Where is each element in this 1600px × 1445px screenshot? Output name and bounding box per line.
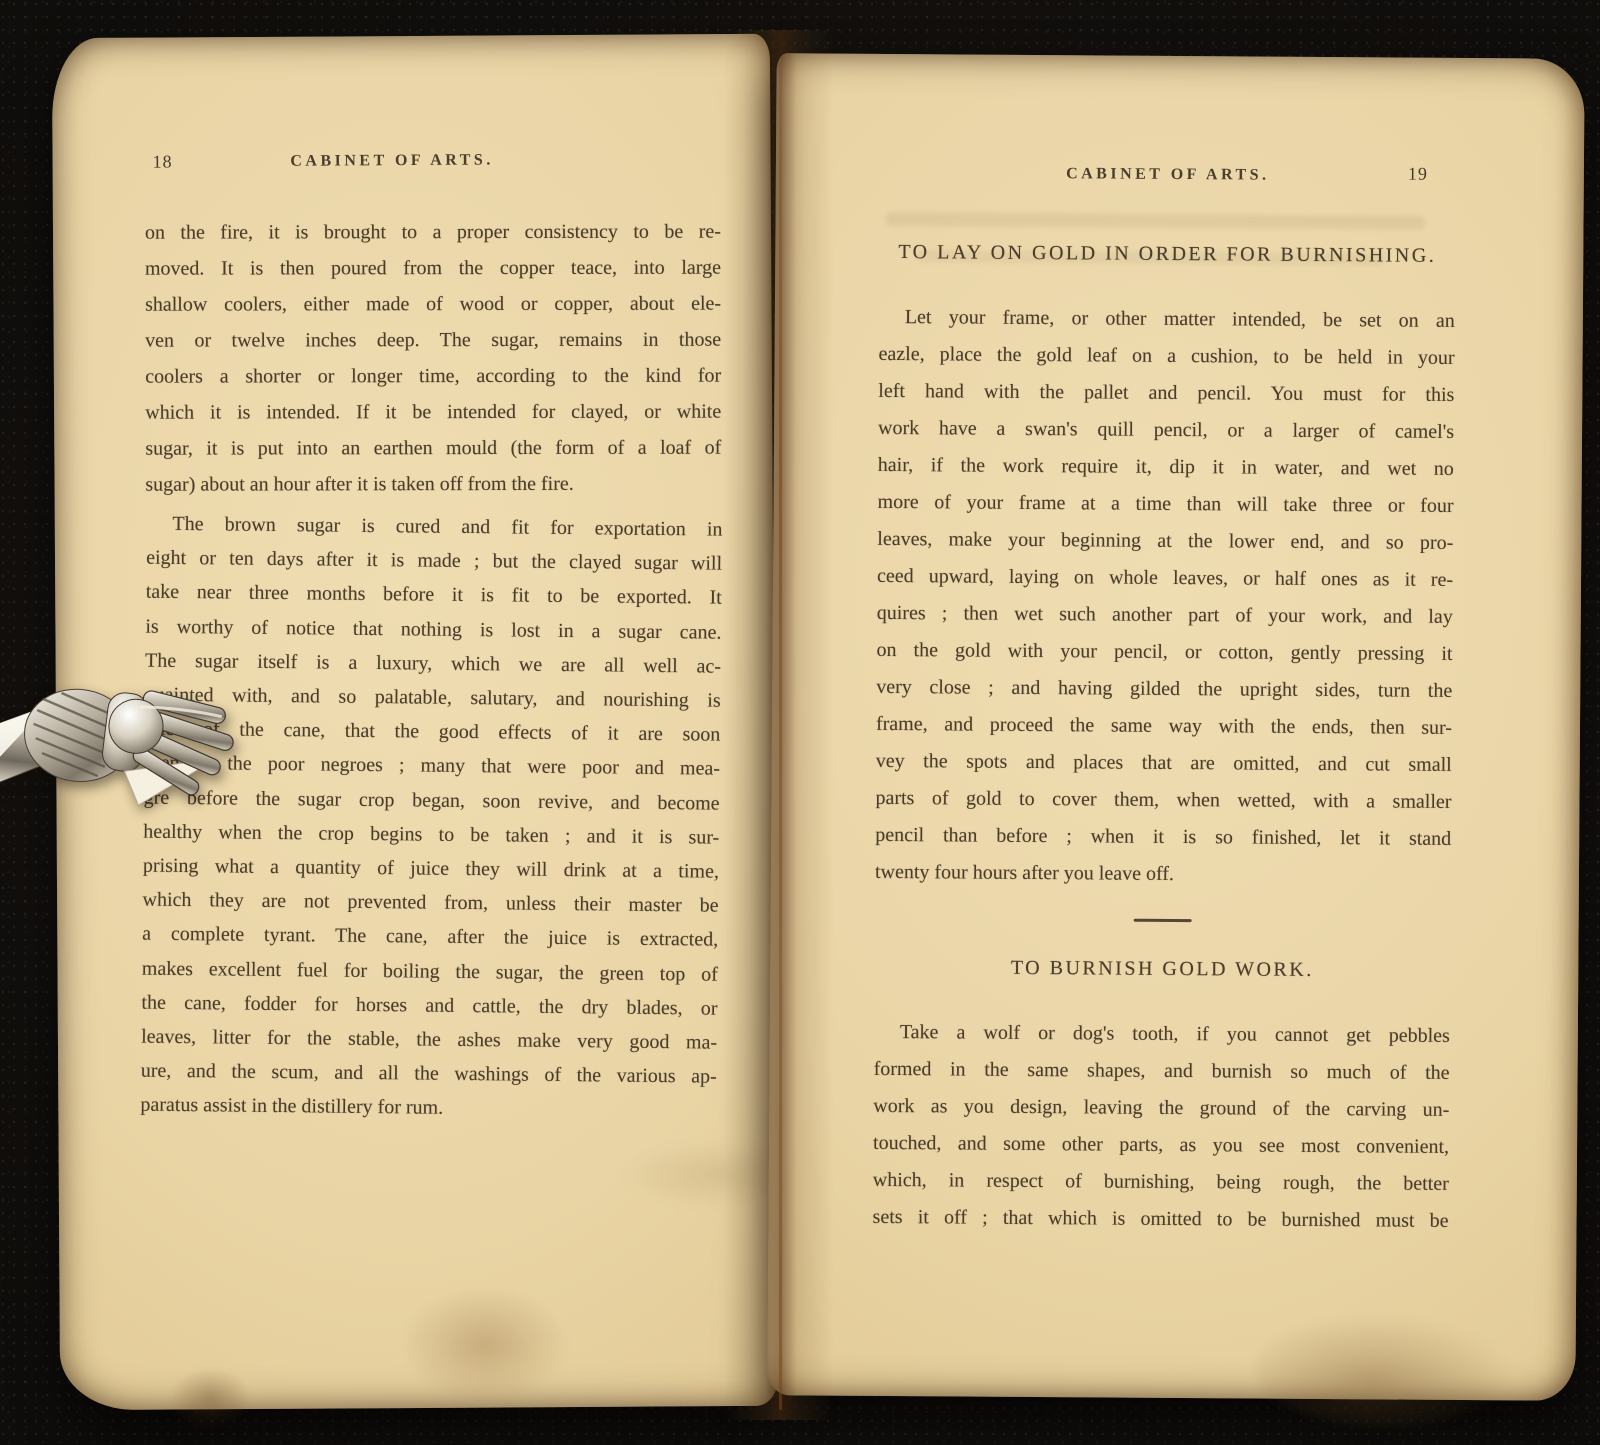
text-line: which it is intended. If it be intended … <box>145 394 721 431</box>
text-line: seen in the poor negroes ; many that wer… <box>144 746 720 786</box>
text-line: twenty four hours after you leave off. <box>875 854 1451 895</box>
paragraph: The brown sugar is cured and fit for exp… <box>140 507 722 1129</box>
left-page-header: 18 CABINET OF ARTS. <box>145 150 720 180</box>
text-line: work as you design, leaving the ground o… <box>873 1088 1449 1129</box>
paragraph: Take a wolf or dog's tooth, if you canno… <box>872 1014 1450 1240</box>
text-line: which, in respect of burnishing, being r… <box>873 1162 1449 1203</box>
section-heading: TO LAY ON GOLD IN ORDER FOR BURNISHING. <box>879 239 1455 269</box>
text-line: on the fire, it is brought to a proper c… <box>145 214 721 251</box>
right-page-header: CABINET OF ARTS. 19 <box>880 164 1456 194</box>
show-through-text <box>885 212 1425 230</box>
text-line: frame, and proceed the same way with the… <box>876 706 1452 747</box>
text-line: parts of gold to cover them, when wetted… <box>875 780 1451 821</box>
text-line: is worthy of notice that nothing is lost… <box>145 609 721 649</box>
text-line: quires ; then wet such another part of y… <box>877 595 1453 636</box>
text-line: sets it off ; that which is omitted to b… <box>872 1199 1448 1240</box>
text-line: touched, and some other parts, as you se… <box>873 1125 1449 1166</box>
left-page-body: on the fire, it is brought to a proper c… <box>145 211 727 1122</box>
text-line: gre before the sugar crop began, soon re… <box>143 780 719 820</box>
text-line: ceed upward, laying on whole leaves, or … <box>877 558 1453 599</box>
text-line: eazle, place the gold leaf on a cushion,… <box>878 336 1454 377</box>
text-line: ven or twelve inches deep. The sugar, re… <box>145 322 721 359</box>
book-photo: 18 CABINET OF ARTS. on the fire, it is b… <box>0 0 1600 1445</box>
section-heading: TO BURNISH GOLD WORK. <box>874 954 1450 984</box>
text-line: more of your frame at a time than will t… <box>877 484 1453 525</box>
section-divider-rule <box>1134 919 1192 922</box>
text-line: work have a swan's quill pencil, or a la… <box>878 410 1454 451</box>
right-page: CABINET OF ARTS. 19 TO LAY ON GOLD IN OR… <box>767 53 1584 1401</box>
text-line: coolers a shorter or longer time, accord… <box>145 358 721 395</box>
left-page: 18 CABINET OF ARTS. on the fire, it is b… <box>52 34 778 1410</box>
text-line: very close ; and having gilded the uprig… <box>876 669 1452 710</box>
paper-stain <box>170 1367 250 1427</box>
left-running-header: CABINET OF ARTS. <box>105 150 680 172</box>
text-line: a complete tyrant. The cane, after the j… <box>142 917 718 957</box>
text-line: sugar, it is put into an earthen mould (… <box>145 430 721 467</box>
text-line: vey the spots and places that are omitte… <box>876 743 1452 784</box>
text-line: Take a wolf or dog's tooth, if you canno… <box>874 1014 1450 1055</box>
text-line: shallow coolers, either made of wood or … <box>145 286 721 323</box>
text-line: leaves, make your beginning at the lower… <box>877 521 1453 562</box>
paragraph: on the fire, it is brought to a proper c… <box>145 214 722 503</box>
text-line: take near three months before it is fit … <box>146 575 722 615</box>
right-running-header: CABINET OF ARTS. <box>880 164 1456 186</box>
right-page-body: TO LAY ON GOLD IN ORDER FOR BURNISHING.L… <box>872 239 1455 1240</box>
text-line: left hand with the pallet and pencil. Yo… <box>878 373 1454 414</box>
paper-stain <box>399 1285 570 1406</box>
text-line: moved. It is then poured from the copper… <box>145 250 721 287</box>
paragraph: Let your frame, or other matter intended… <box>875 299 1455 895</box>
right-page-number: 19 <box>1408 164 1428 185</box>
text-line: Let your frame, or other matter intended… <box>879 299 1455 340</box>
text-line: hair, if the work require it, dip it in … <box>878 447 1454 488</box>
text-line: paratus assist in the distillery for rum… <box>140 1088 716 1128</box>
text-line: on the gold with your pencil, or cotton,… <box>876 632 1452 673</box>
text-line: formed in the same shapes, and burnish s… <box>873 1051 1449 1092</box>
text-line: makes excellent fuel for boiling the sug… <box>142 951 718 991</box>
text-line: pencil than before ; when it is so finis… <box>875 817 1451 858</box>
text-line: sugar) about an hour after it is taken o… <box>145 466 721 503</box>
